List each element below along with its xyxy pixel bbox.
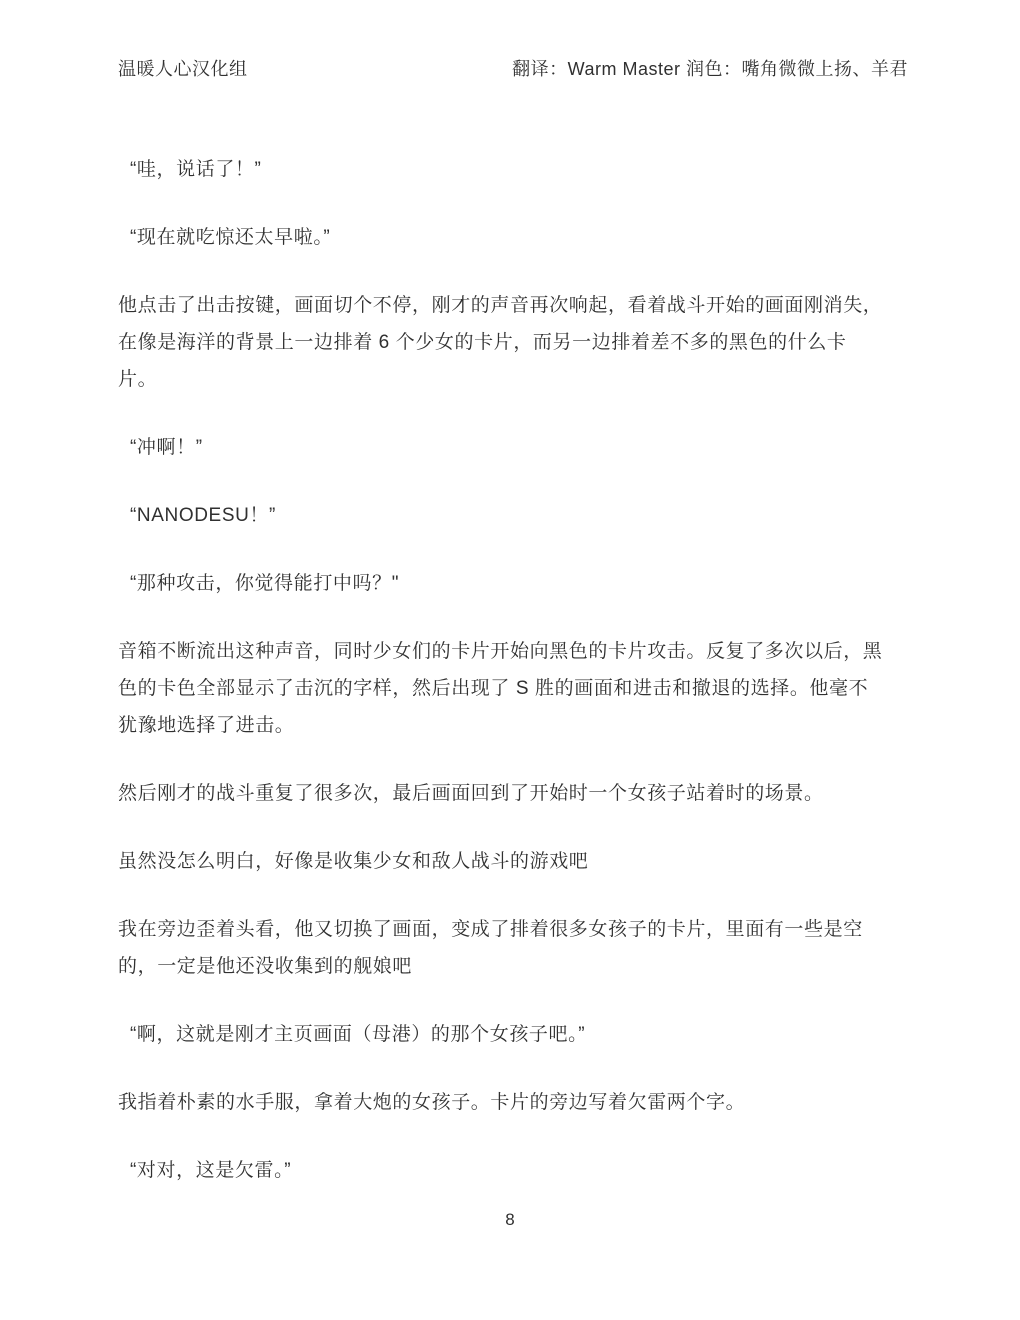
paragraph: “冲啊！”	[118, 429, 908, 466]
paragraph: “那种攻击，你觉得能打中吗？"	[118, 565, 908, 602]
paragraph: “NANODESU！”	[118, 497, 908, 534]
paragraph: 虽然没怎么明白，好像是收集少女和敌人战斗的游戏吧	[118, 843, 908, 880]
translation-group-name: 温暖人心汉化组	[118, 56, 248, 82]
page-number: 8	[0, 1208, 1020, 1232]
page-body: “哇，说话了！”“现在就吃惊还太早啦。”他点击了出击按键，画面切个不停，刚才的声…	[118, 151, 908, 1220]
paragraph: “哇，说话了！”	[118, 151, 908, 188]
paragraph: “现在就吃惊还太早啦。”	[118, 219, 908, 256]
paragraph: “啊，这就是刚才主页画面（母港）的那个女孩子吧。”	[118, 1016, 908, 1053]
paragraph: 我指着朴素的水手服，拿着大炮的女孩子。卡片的旁边写着欠雷两个字。	[118, 1084, 908, 1121]
paragraph: 他点击了出击按键，画面切个不停，刚才的声音再次响起，看着战斗开始的画面刚消失， …	[118, 287, 908, 398]
paragraph: “对对，这是欠雷。”	[118, 1152, 908, 1189]
page-header: 温暖人心汉化组 翻译：Warm Master 润色：嘴角微微上扬、羊君	[118, 56, 908, 82]
document-page: 温暖人心汉化组 翻译：Warm Master 润色：嘴角微微上扬、羊君 “哇，说…	[0, 0, 1020, 1320]
paragraph: 我在旁边歪着头看，他又切换了画面，变成了排着很多女孩子的卡片，里面有一些是空 的…	[118, 911, 908, 985]
paragraph: 然后刚才的战斗重复了很多次，最后画面回到了开始时一个女孩子站着时的场景。	[118, 775, 908, 812]
paragraph: 音箱不断流出这种声音，同时少女们的卡片开始向黑色的卡片攻击。反复了多次以后，黑 …	[118, 633, 908, 744]
translation-credits: 翻译：Warm Master 润色：嘴角微微上扬、羊君	[512, 56, 908, 82]
